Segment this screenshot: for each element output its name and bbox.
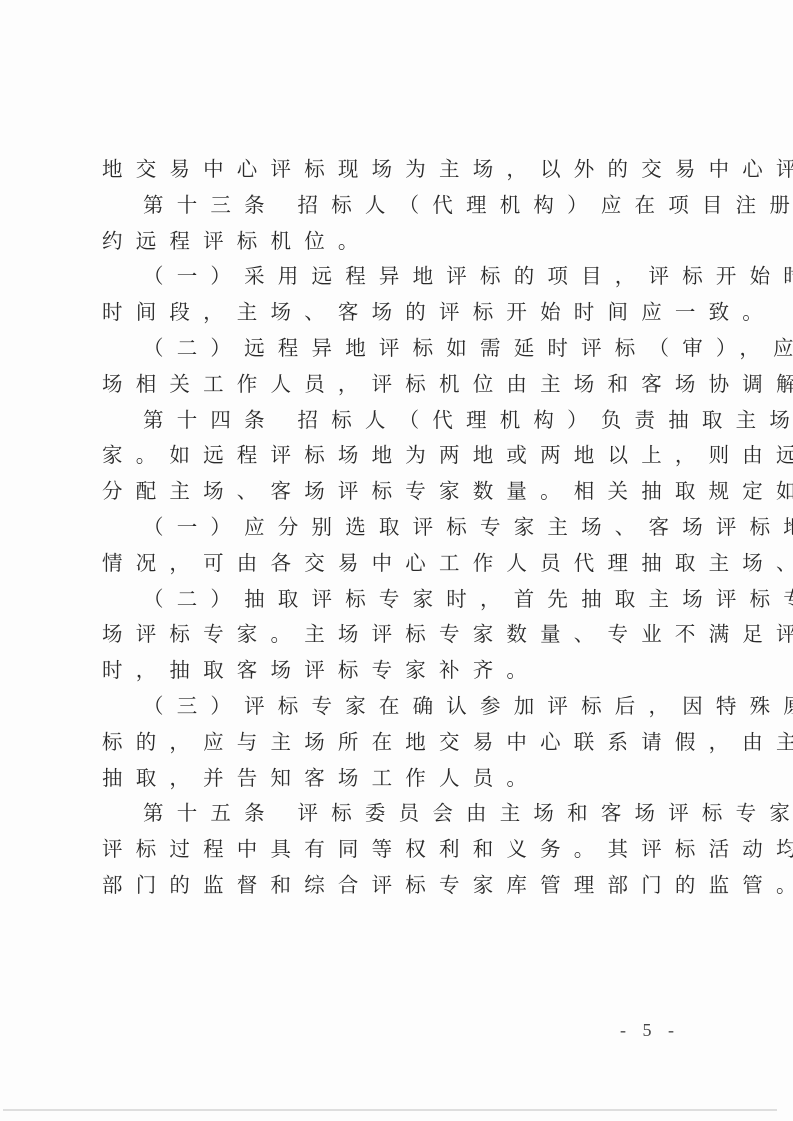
page-number: - 5 -	[620, 1020, 680, 1041]
text-line: 时，抽取客场评标专家补齐。	[102, 653, 694, 689]
text-line: 抽取，并告知客场工作人员。	[102, 761, 694, 797]
text-line: 家。如远程评标场地为两地或两地以上，则由远程评标系统自动	[102, 438, 694, 474]
text-line: （一）采用远程异地评标的项目，评标开始时间应预约上午	[102, 259, 694, 295]
text-line: （二）远程异地评标如需延时评标（审），应告知主场、客	[102, 331, 694, 367]
text-line: 第十四条 招标人（代理机构）负责抽取主场、客场评标专	[102, 403, 694, 439]
text-line: 评标过程中具有同等权利和义务。其评标活动均应接受行业主管	[102, 832, 694, 868]
text-line: （一）应分别选取评标专家主场、客场评标地址。如遇特殊	[102, 510, 694, 546]
text-line: 部门的监督和综合评标专家库管理部门的监管。	[102, 868, 694, 904]
text-line: 第十三条 招标人（代理机构）应在项目注册后完成网上预	[102, 188, 694, 224]
text-line: （三）评标专家在确认参加评标后，因特殊原因不能参加评	[102, 689, 694, 725]
text-line: 场相关工作人员，评标机位由主场和客场协调解决。	[102, 367, 694, 403]
text-line: 分配主场、客场评标专家数量。相关抽取规定如下：	[102, 474, 694, 510]
document-page: 地交易中心评标现场为主场，以外的交易中心评标现场为客场。第十三条 招标人（代理机…	[0, 0, 793, 1121]
text-line: 地交易中心评标现场为主场，以外的交易中心评标现场为客场。	[102, 152, 694, 188]
text-line: 第十五条 评标委员会由主场和客场评标专家共同组成，在	[102, 796, 694, 832]
text-line: 场评标专家。主场评标专家数量、专业不满足评标所需专家数量	[102, 617, 694, 653]
body-text: 地交易中心评标现场为主场，以外的交易中心评标现场为客场。第十三条 招标人（代理机…	[102, 152, 694, 904]
scan-edge-line	[3, 1109, 777, 1111]
text-line: 时间段，主场、客场的评标开始时间应一致。	[102, 295, 694, 331]
text-line: 标的，应与主场所在地交易中心联系请假，由主场工作人员补充	[102, 725, 694, 761]
text-line: 情况，可由各交易中心工作人员代理抽取主场、客场评标专家。	[102, 546, 694, 582]
text-line: 约远程评标机位。	[102, 224, 694, 260]
text-line: （二）抽取评标专家时，首先抽取主场评标专家，再抽取客	[102, 582, 694, 618]
